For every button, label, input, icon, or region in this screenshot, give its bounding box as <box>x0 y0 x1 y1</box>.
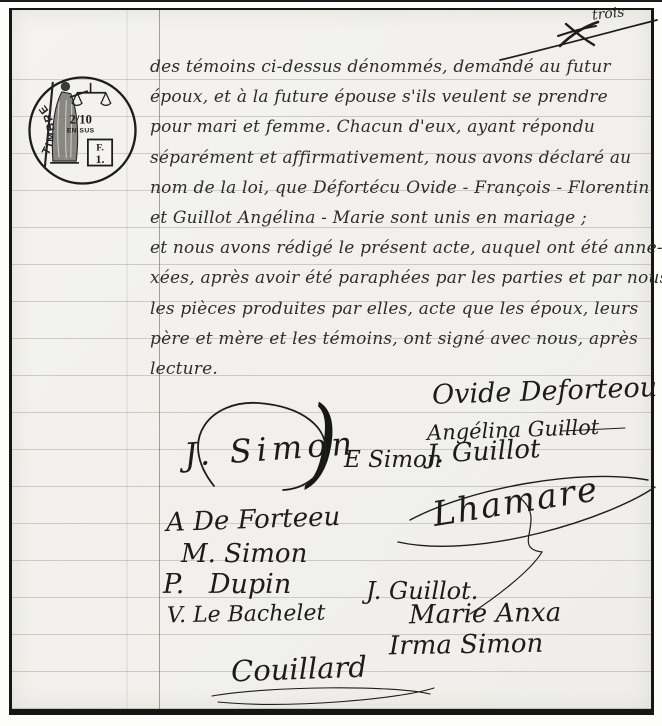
stamp-currency: F. <box>96 142 104 153</box>
signature-j-guillot: J. Guillot <box>426 434 541 470</box>
stamp-value: 1. <box>96 153 105 166</box>
body-line: époux, et à la future épouse s'ils veule… <box>150 87 608 107</box>
body-line: xées, après avoir été paraphées par les … <box>150 268 662 288</box>
body-line: et nous avons rédigé le présent acte, au… <box>150 238 662 258</box>
signature-p-dupin: P. Dupin <box>163 569 291 600</box>
strike-scribble <box>566 24 594 45</box>
body-line: nom de la loi, que Défortécu Ovide - Fra… <box>150 178 650 198</box>
strike-scribble <box>560 22 598 46</box>
signature-marie: Marie Anxa <box>409 598 562 631</box>
scanned-marriage-record: TIMBRE 2/10 EN SUS F. <box>0 0 662 726</box>
scales-icon <box>72 83 112 105</box>
stamp-surtax-label: EN SUS <box>67 127 95 134</box>
signature-a-de-forteeu: A De Forteeu <box>166 502 341 538</box>
revenue-stamp-seal: TIMBRE 2/10 EN SUS F. <box>25 73 140 188</box>
body-line: séparément et affirmativement, nous avon… <box>150 148 631 168</box>
marginal-note: trois <box>591 4 625 23</box>
signature-paraph: Lhamare <box>430 469 602 535</box>
couillard-underline <box>212 688 430 696</box>
strike-stroke <box>500 20 657 60</box>
body-line: des témoins ci-dessus dénommés, demandé … <box>150 57 611 77</box>
strike-scribble <box>558 26 596 36</box>
body-line: et Guillot Angélina - Marie sont unis en… <box>150 208 587 228</box>
signature-v-le-bachelet: V. Le Bachelet <box>167 601 326 629</box>
body-line: pour mari et femme. Chacun d'eux, ayant … <box>150 117 595 137</box>
couillard-underline <box>218 688 434 704</box>
signature-m-simon: M. Simon <box>181 539 307 569</box>
page-content: TIMBRE 2/10 EN SUS F. <box>0 0 662 726</box>
stamp-denomination-box: F. 1. <box>88 139 112 165</box>
pen-flourish-paren: ) <box>306 394 338 490</box>
body-line: père et mère et les témoins, ont signé a… <box>150 329 638 349</box>
body-line: les pièces produites par elles, acte que… <box>150 299 638 319</box>
stamp-surtax: 2/10 <box>70 112 92 126</box>
signature-groom: Ovide Deforteou <box>432 372 658 411</box>
signature-couillard: Couillard <box>230 650 367 689</box>
signature-irma-simon: Irma Simon <box>389 629 544 662</box>
body-line: lecture. <box>150 359 218 379</box>
